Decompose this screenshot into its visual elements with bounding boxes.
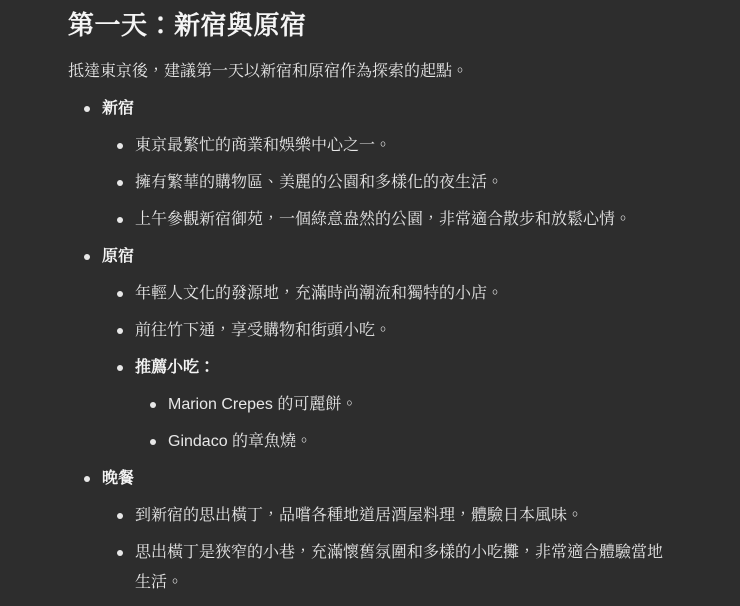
- list-item-section-harajuku: 原宿 年輕人文化的發源地，充滿時尚潮流和獨特的小店。 前往竹下通，享受購物和街頭…: [84, 242, 672, 457]
- bullet-icon: [117, 217, 123, 223]
- section-content: 原宿 年輕人文化的發源地，充滿時尚潮流和獨特的小店。 前往竹下通，享受購物和街頭…: [102, 242, 672, 457]
- bullet-icon: [117, 328, 123, 334]
- section-sublist: 年輕人文化的發源地，充滿時尚潮流和獨特的小店。 前往竹下通，享受購物和街頭小吃。…: [102, 279, 672, 457]
- bullet-icon: [150, 439, 156, 445]
- list-item-text: Gindaco 的章魚燒。: [168, 427, 672, 457]
- outline-list: 新宿 東京最繁忙的商業和娛樂中心之一。 擁有繁華的購物區、美麗的公園和多樣化的夜…: [68, 94, 672, 598]
- section-label: 晚餐: [102, 464, 672, 494]
- list-item-recommended-snacks: 推薦小吃： Marion Crepes 的可麗餅。 Gindaco 的章魚燒。: [117, 353, 672, 457]
- list-item-section-shinjuku: 新宿 東京最繁忙的商業和娛樂中心之一。 擁有繁華的購物區、美麗的公園和多樣化的夜…: [84, 94, 672, 235]
- bullet-icon: [84, 476, 90, 482]
- section-label: 原宿: [102, 242, 672, 272]
- list-item-text: 到新宿的思出橫丁，品嚐各種地道居酒屋料理，體驗日本風味。: [135, 501, 672, 531]
- section-label: 新宿: [102, 94, 672, 124]
- list-item: Marion Crepes 的可麗餅。: [150, 390, 672, 420]
- list-item: 思出橫丁是狹窄的小巷，充滿懷舊氛圍和多樣的小吃攤，非常適合體驗當地生活。: [117, 538, 672, 598]
- list-item: 東京最繁忙的商業和娛樂中心之一。: [117, 131, 672, 161]
- bullet-icon: [84, 106, 90, 112]
- page-title: 第一天：新宿與原宿: [68, 8, 672, 42]
- bullet-icon: [117, 513, 123, 519]
- document-page: 第一天：新宿與原宿 抵達東京後，建議第一天以新宿和原宿作為探索的起點。 新宿 東…: [0, 0, 740, 606]
- list-item-text: 東京最繁忙的商業和娛樂中心之一。: [135, 131, 672, 161]
- list-item-text: 思出橫丁是狹窄的小巷，充滿懷舊氛圍和多樣的小吃攤，非常適合體驗當地生活。: [135, 538, 672, 598]
- bullet-icon: [117, 365, 123, 371]
- bullet-icon: [117, 180, 123, 186]
- section-content: 新宿 東京最繁忙的商業和娛樂中心之一。 擁有繁華的購物區、美麗的公園和多樣化的夜…: [102, 94, 672, 235]
- section-sublist: 到新宿的思出橫丁，品嚐各種地道居酒屋料理，體驗日本風味。 思出橫丁是狹窄的小巷，…: [102, 501, 672, 598]
- list-item-text: 年輕人文化的發源地，充滿時尚潮流和獨特的小店。: [135, 279, 672, 309]
- list-item-text: Marion Crepes 的可麗餅。: [168, 390, 672, 420]
- bullet-icon: [117, 550, 123, 556]
- list-item-text: 擁有繁華的購物區、美麗的公園和多樣化的夜生活。: [135, 168, 672, 198]
- list-item-text: 前往竹下通，享受購物和街頭小吃。: [135, 316, 672, 346]
- bullet-icon: [117, 291, 123, 297]
- list-item: 擁有繁華的購物區、美麗的公園和多樣化的夜生活。: [117, 168, 672, 198]
- section-content: 晚餐 到新宿的思出橫丁，品嚐各種地道居酒屋料理，體驗日本風味。 思出橫丁是狹窄的…: [102, 464, 672, 598]
- bullet-icon: [84, 254, 90, 260]
- list-item: 年輕人文化的發源地，充滿時尚潮流和獨特的小店。: [117, 279, 672, 309]
- bullet-icon: [150, 402, 156, 408]
- subsection-label: 推薦小吃：: [135, 353, 672, 383]
- bullet-icon: [117, 143, 123, 149]
- intro-paragraph: 抵達東京後，建議第一天以新宿和原宿作為探索的起點。: [68, 59, 672, 85]
- subsection-content: 推薦小吃： Marion Crepes 的可麗餅。 Gindaco 的章魚燒。: [135, 353, 672, 457]
- list-item: Gindaco 的章魚燒。: [150, 427, 672, 457]
- list-item: 前往竹下通，享受購物和街頭小吃。: [117, 316, 672, 346]
- list-item-text: 上午參觀新宿御苑，一個綠意盎然的公園，非常適合散步和放鬆心情。: [135, 205, 672, 235]
- list-item-section-dinner: 晚餐 到新宿的思出橫丁，品嚐各種地道居酒屋料理，體驗日本風味。 思出橫丁是狹窄的…: [84, 464, 672, 598]
- subsection-sublist: Marion Crepes 的可麗餅。 Gindaco 的章魚燒。: [135, 390, 672, 457]
- list-item: 上午參觀新宿御苑，一個綠意盎然的公園，非常適合散步和放鬆心情。: [117, 205, 672, 235]
- section-sublist: 東京最繁忙的商業和娛樂中心之一。 擁有繁華的購物區、美麗的公園和多樣化的夜生活。…: [102, 131, 672, 235]
- list-item: 到新宿的思出橫丁，品嚐各種地道居酒屋料理，體驗日本風味。: [117, 501, 672, 531]
